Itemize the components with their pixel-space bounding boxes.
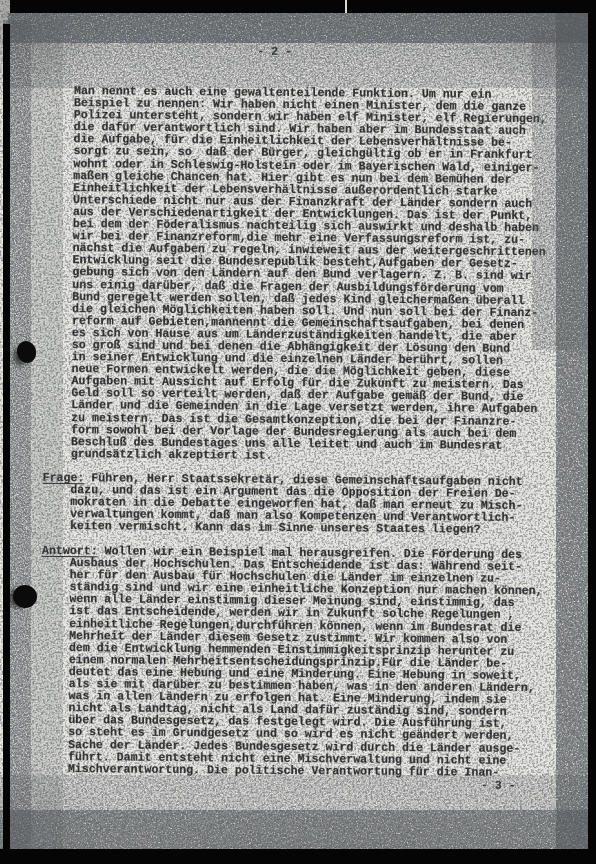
scan-border-top <box>10 0 596 13</box>
scan-border-left <box>3 24 10 864</box>
document-page: - 2 - Man nennt es auch eine gewaltentei… <box>0 0 596 864</box>
body-paragraph: Man nennt es auch eine gewaltenteilende … <box>71 86 547 465</box>
page-number-bottom: - 3 - <box>481 781 516 793</box>
page-number-top: - 2 - <box>257 47 292 59</box>
answer-block: Antwort: Wollen wir ein Beispiel mal her… <box>40 546 543 780</box>
scan-border-bottom <box>0 849 596 864</box>
scan-notch <box>345 0 347 13</box>
answer-text: Wollen wir ein Beispiel mal herausgreife… <box>40 545 543 779</box>
question-block: Frage: Führen, Herr Staatssekretär, dies… <box>42 473 523 538</box>
question-text: Führen, Herr Staatssekretär, diese Gemei… <box>42 472 523 537</box>
page-content: - 2 - Man nennt es auch eine gewaltentei… <box>0 0 596 864</box>
scan-border-right <box>588 0 596 864</box>
